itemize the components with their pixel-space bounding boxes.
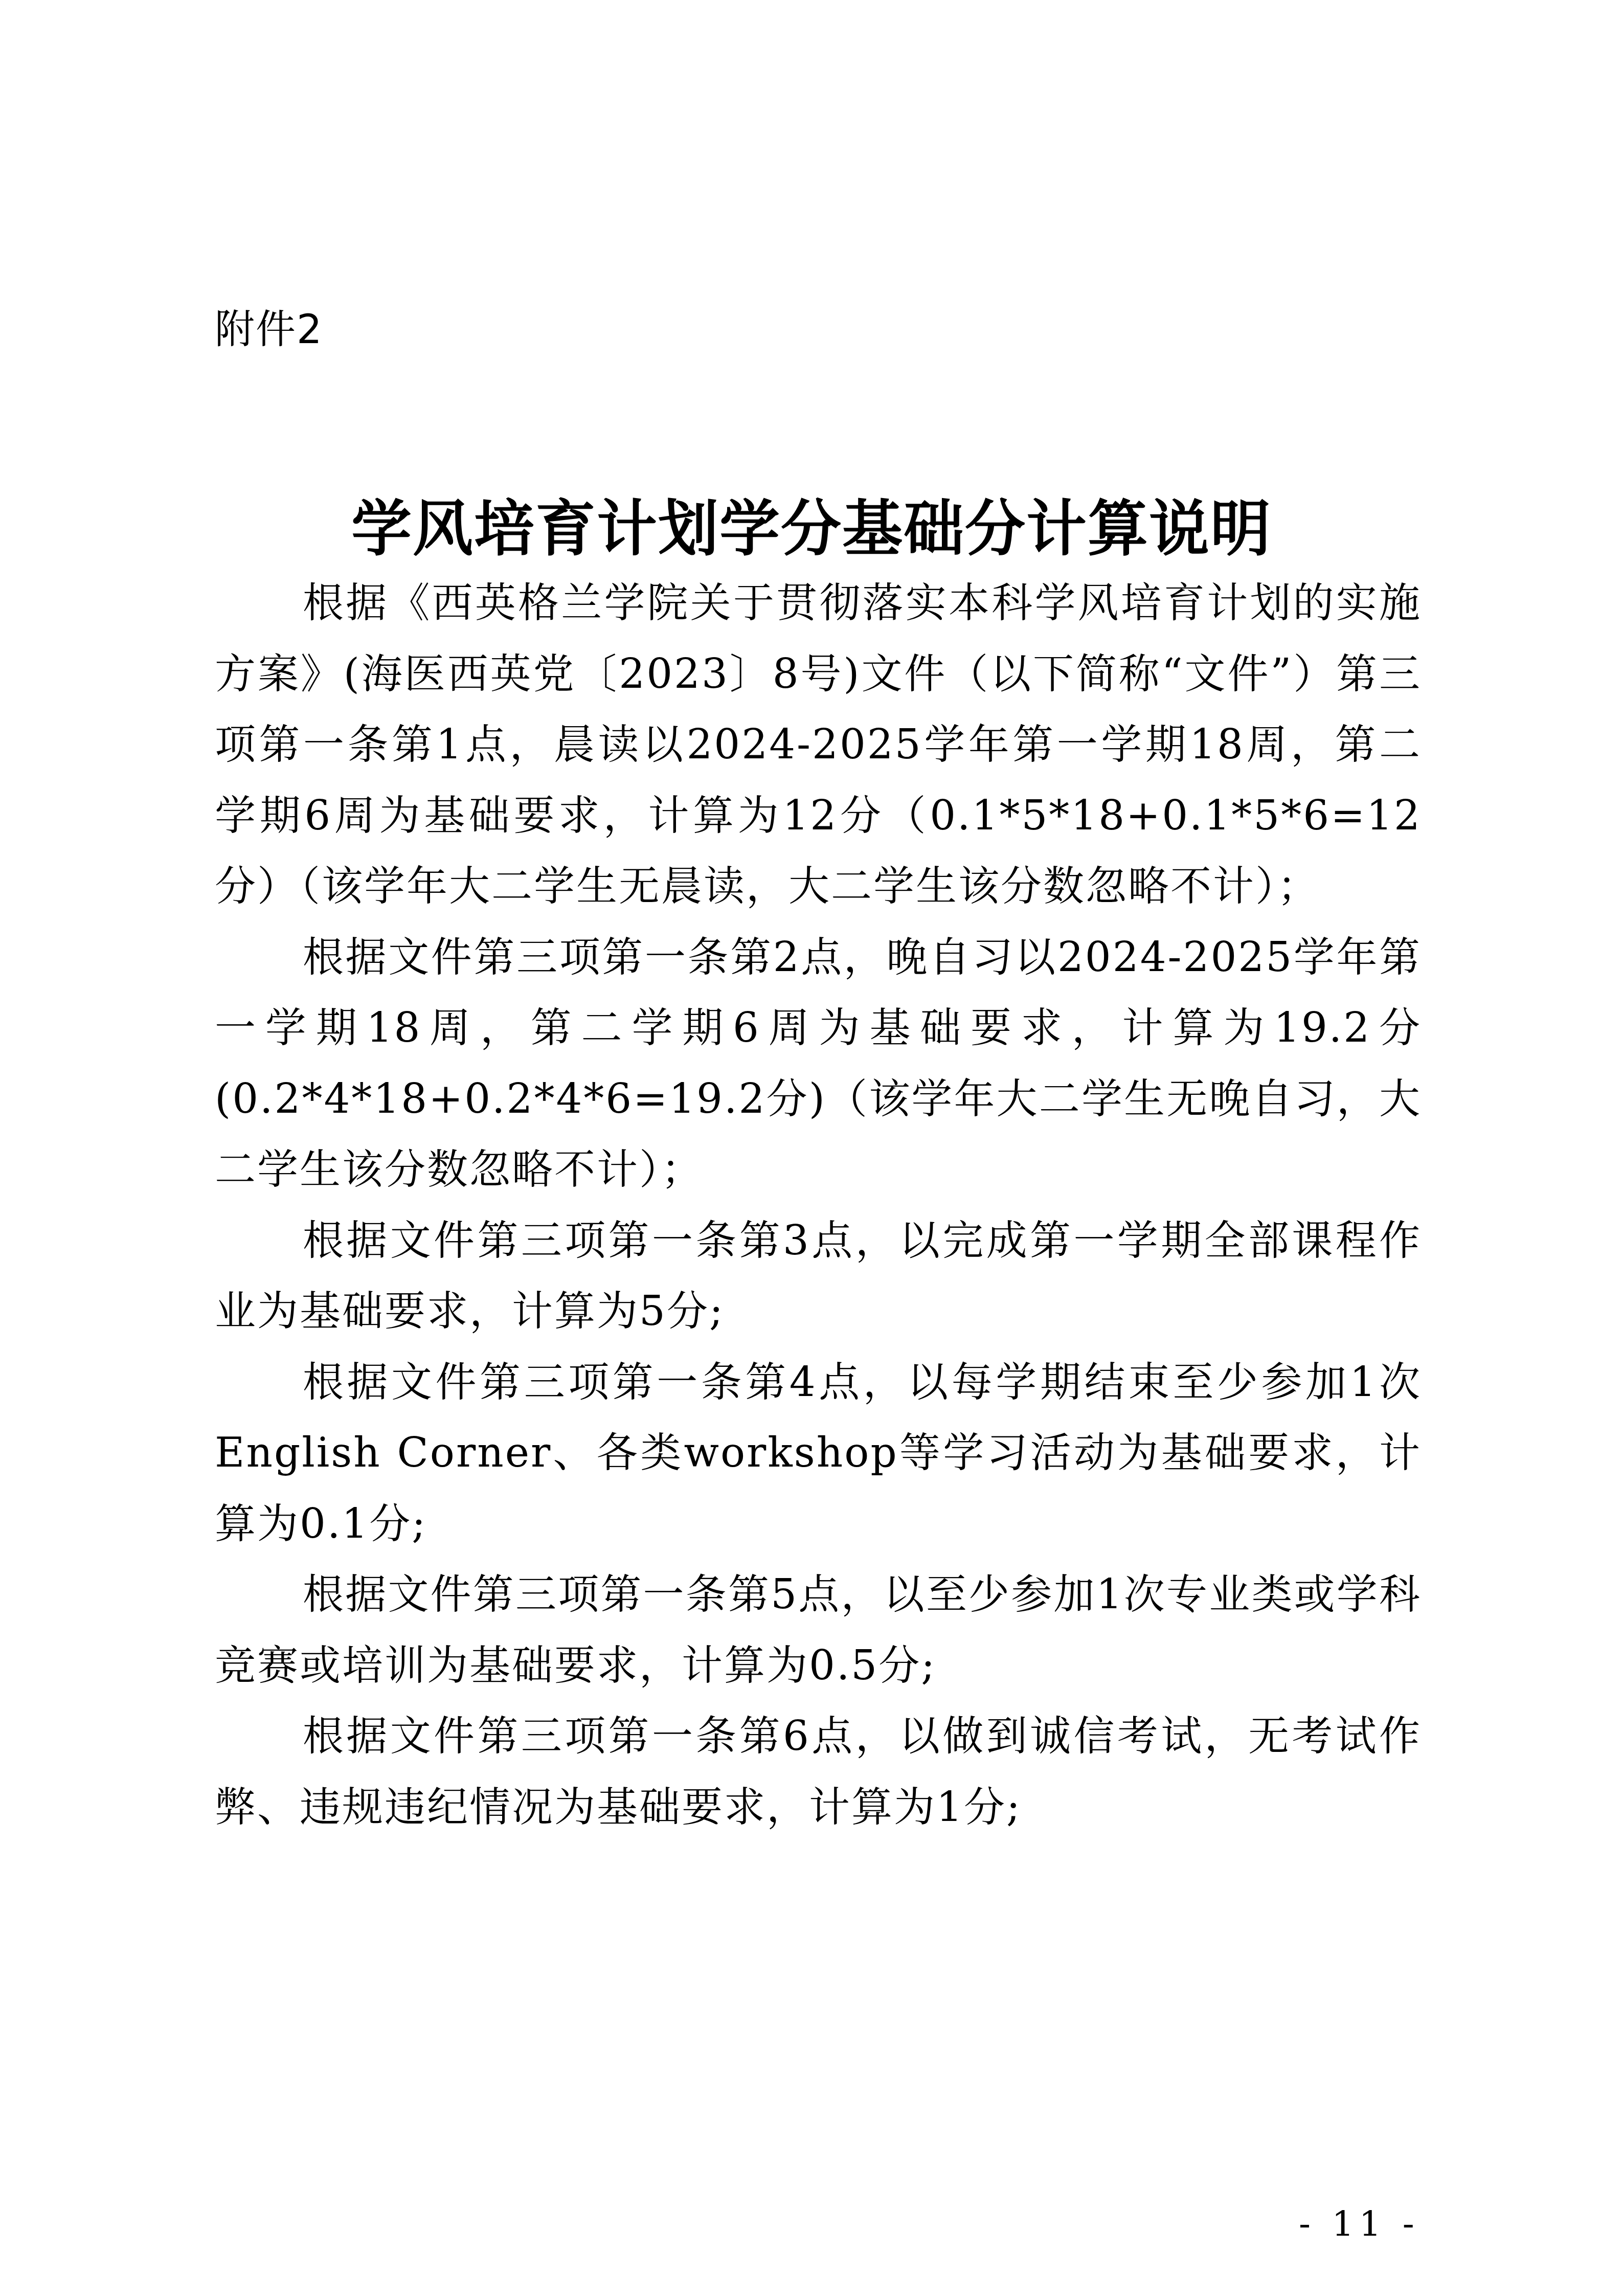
- document-page: 附件2 学风培育计划学分基础分计算说明 根据《西英格兰学院关于贯彻落实本科学风培…: [0, 0, 1623, 2296]
- paragraph-coursework: 根据文件第三项第一条第3点，以完成第一学期全部课程作业为基础要求，计算为5分;: [215, 1205, 1422, 1347]
- paragraph-competition-training: 根据文件第三项第一条第5点，以至少参加1次专业类或学科竞赛或培训为基础要求，计算…: [215, 1559, 1422, 1701]
- paragraph-exam-integrity: 根据文件第三项第一条第6点，以做到诚信考试，无考试作弊、违规违纪情况为基础要求，…: [215, 1701, 1422, 1842]
- attachment-label: 附件2: [215, 304, 323, 355]
- document-body: 根据《西英格兰学院关于贯彻落实本科学风培育计划的实施方案》(海医西英党〔2023…: [215, 568, 1422, 1842]
- paragraph-morning-reading: 根据《西英格兰学院关于贯彻落实本科学风培育计划的实施方案》(海医西英党〔2023…: [215, 568, 1422, 922]
- paragraph-evening-study: 根据文件第三项第一条第2点，晚自习以2024-2025学年第一学期18周，第二学…: [215, 922, 1422, 1205]
- page-number: - 11 -: [1299, 2201, 1419, 2247]
- paragraph-learning-activities: 根据文件第三项第一条第4点，以每学期结束至少参加1次English Corner…: [215, 1347, 1422, 1560]
- document-title: 学风培育计划学分基础分计算说明: [0, 490, 1623, 567]
